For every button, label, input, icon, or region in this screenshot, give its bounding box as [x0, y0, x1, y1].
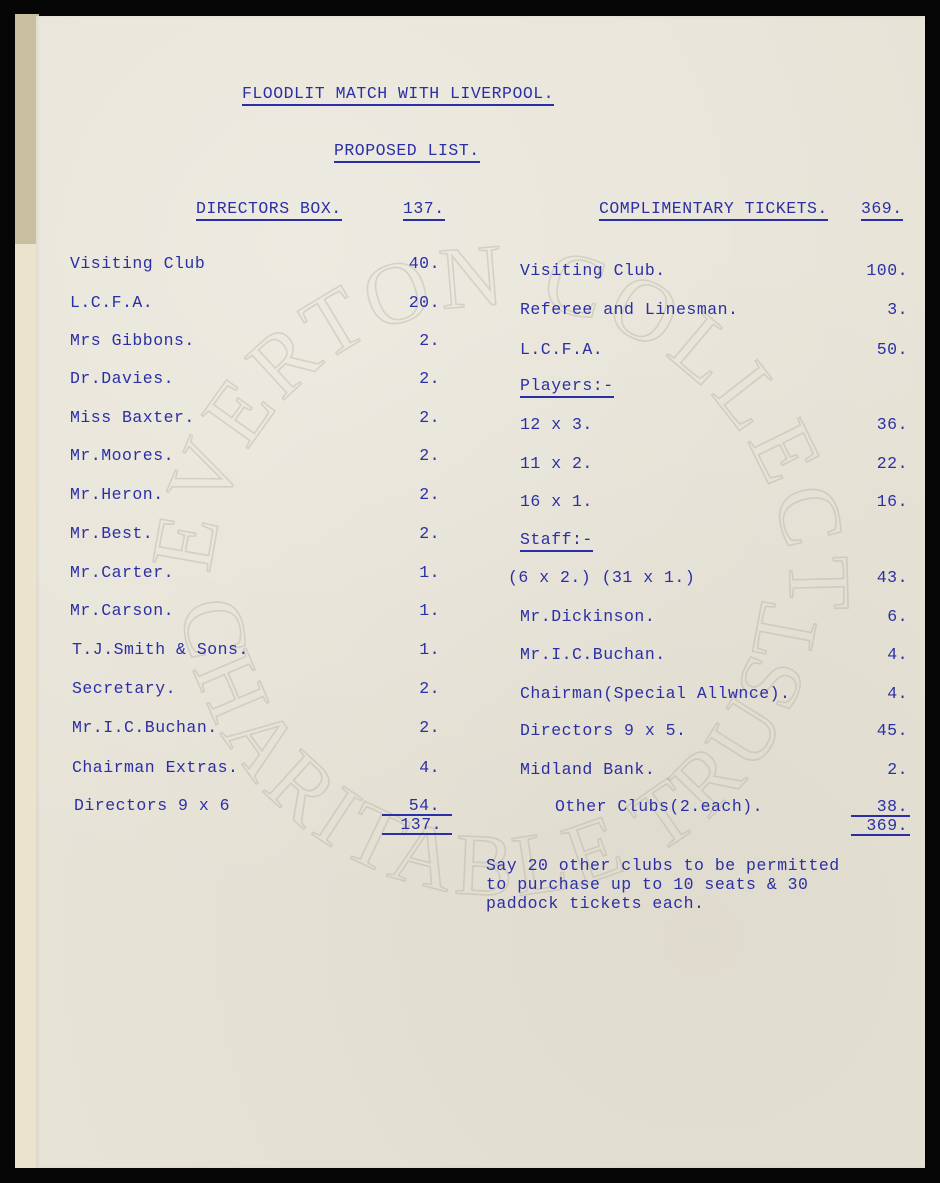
- list-item-value: 20.: [370, 295, 440, 312]
- complimentary-heading-total: 369.: [861, 201, 903, 221]
- list-item-value: 43.: [830, 570, 908, 587]
- list-item-label: 16 x 1.: [520, 494, 593, 511]
- document-subtitle: PROPOSED LIST.: [334, 143, 480, 163]
- list-item-value: 6.: [830, 609, 908, 626]
- list-item-label: Chairman(Special Allwnce).: [520, 686, 790, 703]
- list-item-label: Referee and Linesman.: [520, 302, 738, 319]
- list-item-label: Directors 9 x 6: [74, 798, 230, 815]
- list-item-label: L.C.F.A.: [70, 295, 153, 312]
- document-page: [36, 16, 925, 1168]
- list-item-value: 3.: [830, 302, 908, 319]
- total-rule: [851, 834, 910, 836]
- note-line: to purchase up to 10 seats & 30: [486, 875, 808, 894]
- list-item-value: 45.: [830, 723, 908, 740]
- staff-subheading: Staff:-: [520, 532, 593, 552]
- list-item-label: Other Clubs(2.each).: [555, 799, 763, 816]
- list-item-label: Dr.Davies.: [70, 371, 174, 388]
- list-item-value: 38.: [830, 799, 908, 816]
- list-item-label: L.C.F.A.: [520, 342, 603, 359]
- list-item-value: 50.: [830, 342, 908, 359]
- players-subheading: Players:-: [520, 378, 614, 398]
- list-item-value: 2.: [370, 371, 440, 388]
- list-item-label: Visiting Club.: [520, 263, 666, 280]
- list-item-label: Mr.Best.: [70, 526, 153, 543]
- list-item-label: Mr.I.C.Buchan.: [72, 720, 218, 737]
- list-item-value: 40.: [370, 256, 440, 273]
- list-item-value: 1.: [370, 565, 440, 582]
- list-item-value: 2.: [370, 487, 440, 504]
- list-item-label: Secretary.: [72, 681, 176, 698]
- list-item-label: Mr.I.C.Buchan.: [520, 647, 666, 664]
- list-item-value: 2.: [370, 448, 440, 465]
- list-item-value: 16.: [830, 494, 908, 511]
- complimentary-heading: COMPLIMENTARY TICKETS.: [599, 201, 828, 221]
- list-item-value: 1.: [370, 642, 440, 659]
- list-item-label: Chairman Extras.: [72, 760, 238, 777]
- list-item-label: Mr.Carson.: [70, 603, 174, 620]
- list-item-value: 2.: [370, 333, 440, 350]
- list-item-value: 4.: [830, 647, 908, 664]
- list-item-label: Mr.Dickinson.: [520, 609, 655, 626]
- list-item-value: 1.: [370, 603, 440, 620]
- list-item-label: T.J.Smith & Sons.: [72, 642, 249, 659]
- list-item-label: Miss Baxter.: [70, 410, 195, 427]
- list-item-label: 11 x 2.: [520, 456, 593, 473]
- list-item-label: Mrs Gibbons.: [70, 333, 195, 350]
- note-line: paddock tickets each.: [486, 894, 704, 913]
- list-item-value: 2.: [370, 410, 440, 427]
- list-item-value: 2.: [370, 681, 440, 698]
- list-item-label: Mr.Carter.: [70, 565, 174, 582]
- list-item-label: Mr.Moores.: [70, 448, 174, 465]
- list-item-value: 2.: [830, 762, 908, 779]
- list-item-value: 100.: [830, 263, 908, 280]
- note-line: Say 20 other clubs to be permitted: [486, 856, 840, 875]
- list-item-value: 36.: [830, 417, 908, 434]
- list-item-value: 22.: [830, 456, 908, 473]
- directors-box-heading: DIRECTORS BOX.: [196, 201, 342, 221]
- directors-box-total: 137.: [370, 817, 442, 834]
- list-item-value: 54.: [370, 798, 440, 815]
- complimentary-total: 369.: [830, 818, 908, 835]
- list-item-value: 4.: [370, 760, 440, 777]
- list-item-label: Directors 9 x 5.: [520, 723, 686, 740]
- list-item-label: Mr.Heron.: [70, 487, 164, 504]
- list-item-label: Midland Bank.: [520, 762, 655, 779]
- list-item-value: 2.: [370, 720, 440, 737]
- list-item-label: (6 x 2.) (31 x 1.): [508, 570, 695, 587]
- directors-box-heading-total: 137.: [403, 201, 445, 221]
- total-rule: [382, 833, 452, 835]
- document-title: FLOODLIT MATCH WITH LIVERPOOL.: [242, 86, 554, 106]
- list-item-label: 12 x 3.: [520, 417, 593, 434]
- list-item-value: 2.: [370, 526, 440, 543]
- list-item-label: Visiting Club: [70, 256, 205, 273]
- list-item-value: 4.: [830, 686, 908, 703]
